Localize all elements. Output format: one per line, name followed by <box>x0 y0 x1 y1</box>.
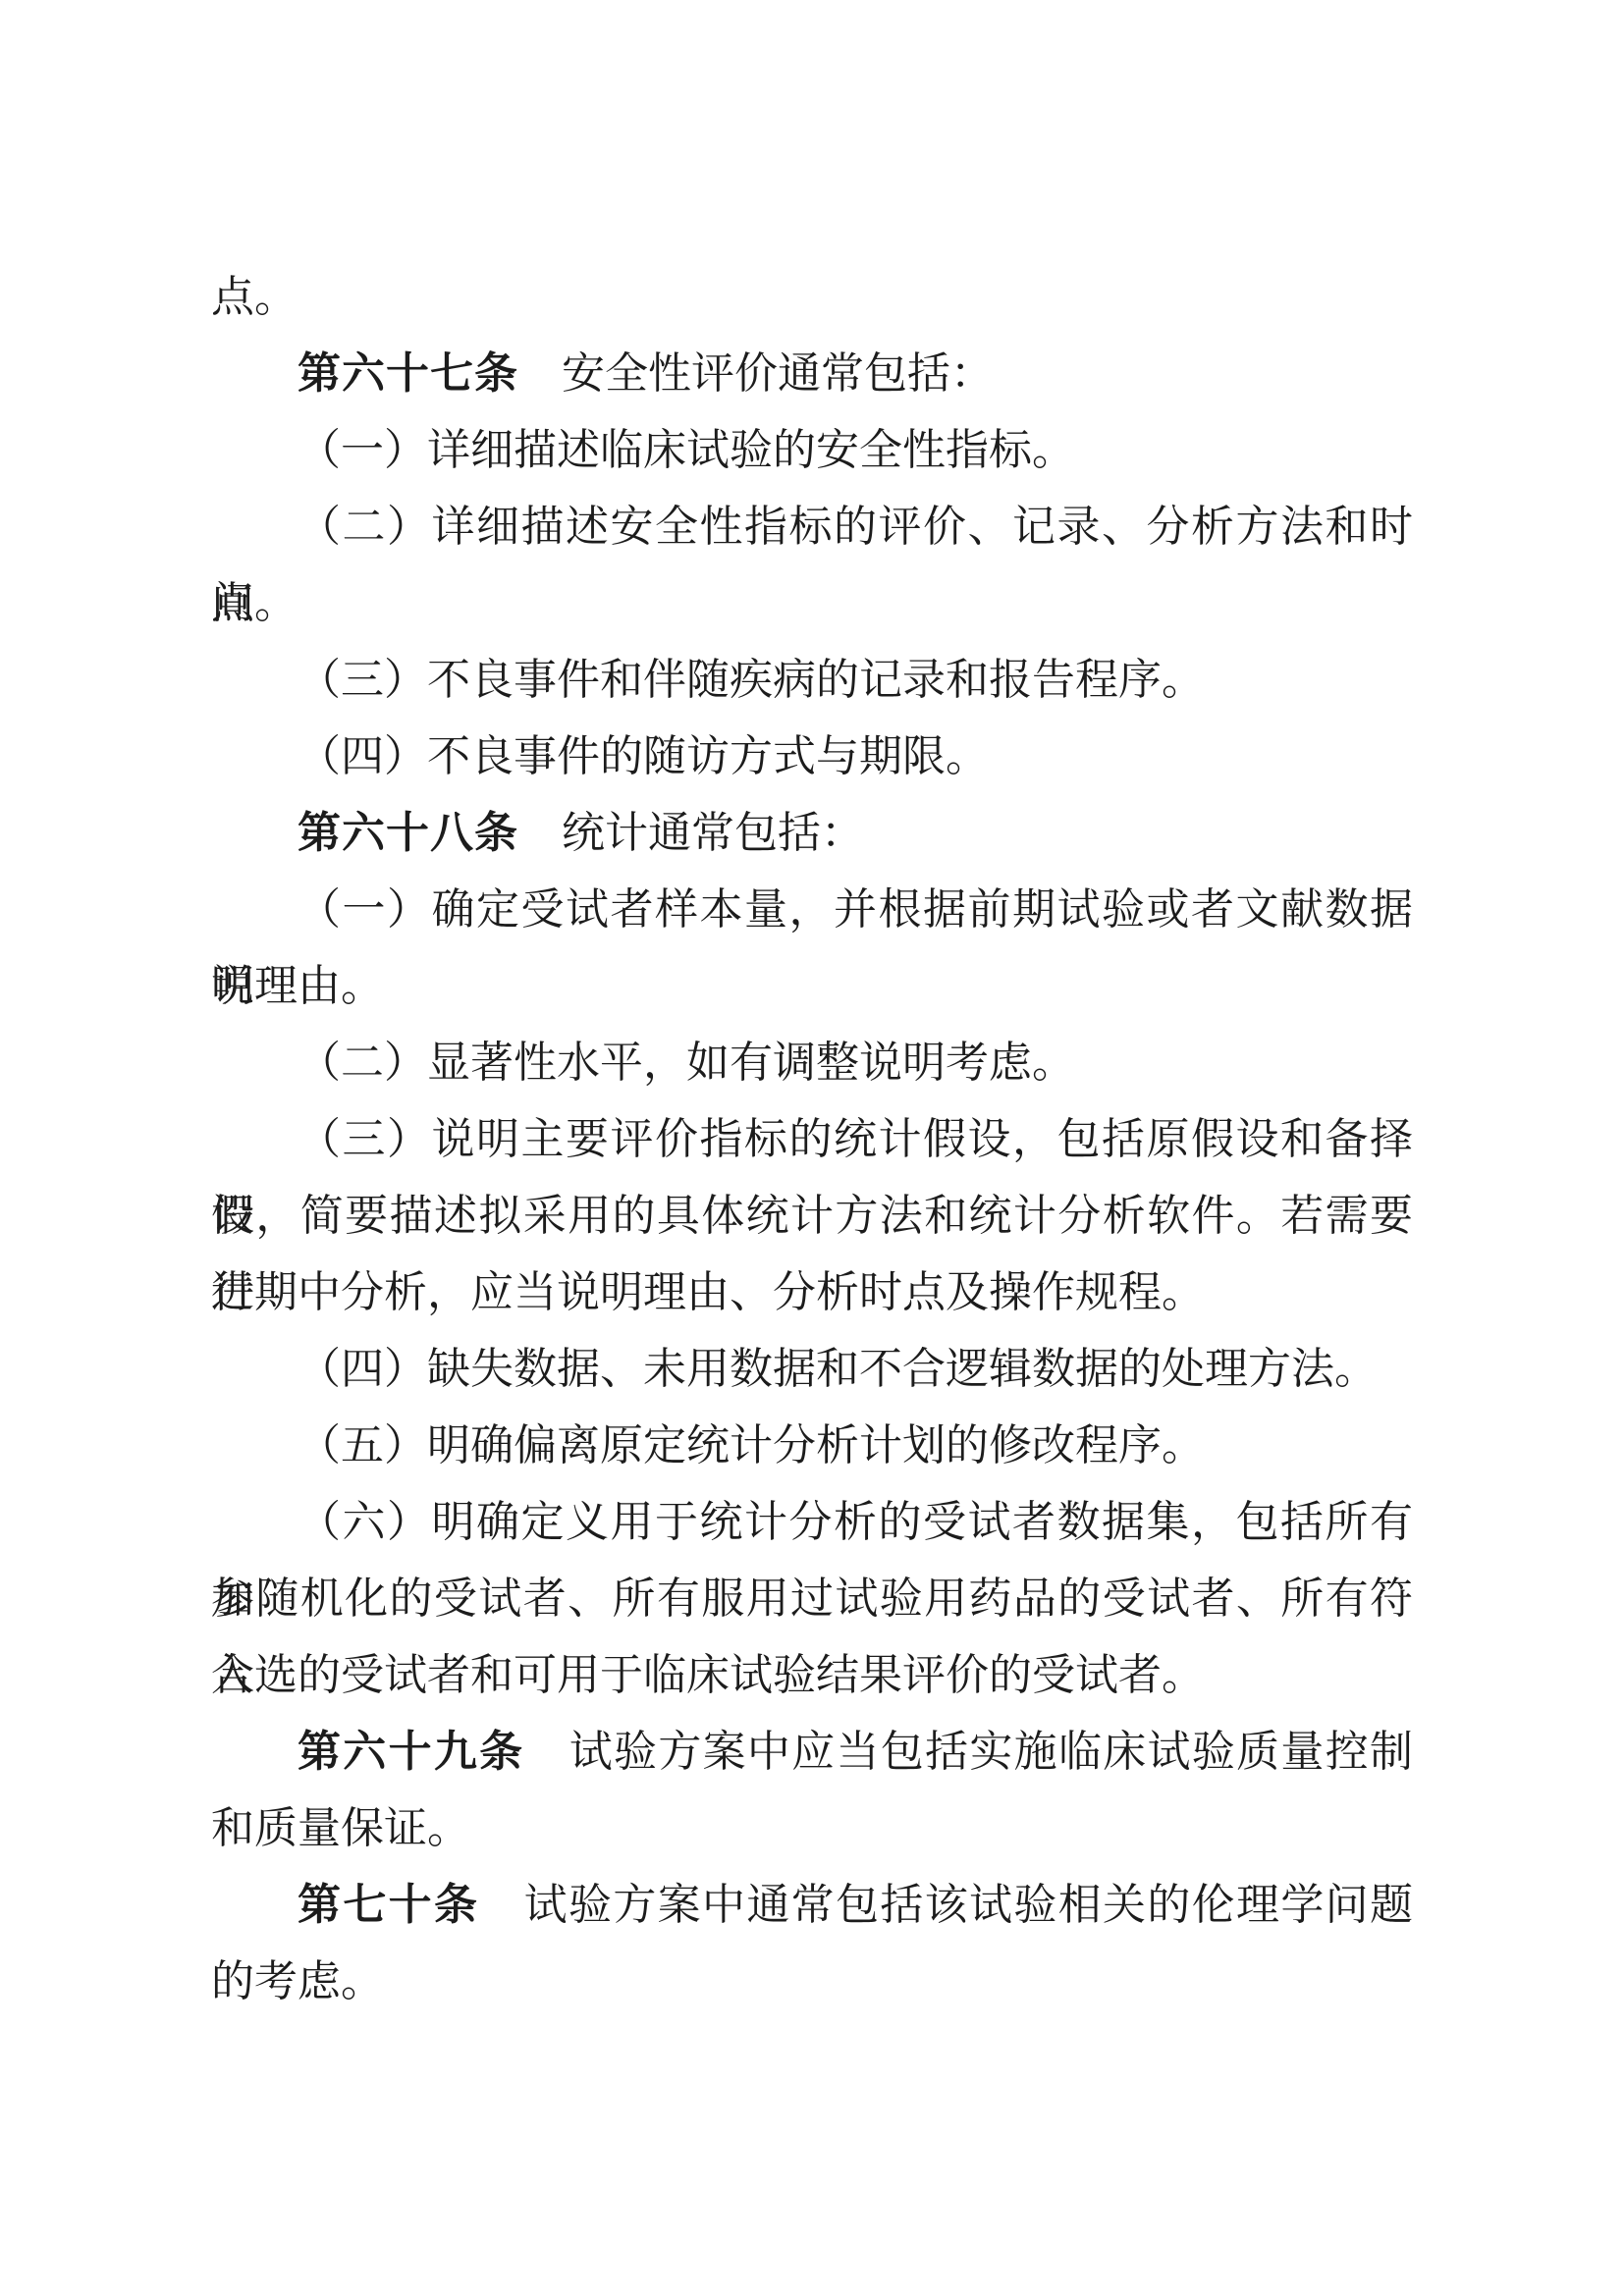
line-text: （四）缺失数据、未用数据和不合逻辑数据的处理方法。 <box>298 1345 1378 1393</box>
text-line: 加随机化的受试者、所有服用过试验用药品的受试者、所有符合 <box>211 1561 1413 1637</box>
text-line: 行期中分析，应当说明理由、分析时点及操作规程。 <box>211 1255 1413 1331</box>
line-text: （四）不良事件的随访方式与期限。 <box>298 732 989 780</box>
line-text: 安全性评价通常包括： <box>518 349 994 398</box>
article-number: 第六十九条 <box>298 1728 524 1776</box>
line-text: 点。 <box>211 273 298 321</box>
text-line: 第七十条 试验方案中通常包括该试验相关的伦理学问题 <box>211 1867 1413 1944</box>
text-line: 第六十七条 安全性评价通常包括： <box>211 336 1413 412</box>
line-text: 试验方案中应当包括实施临床试验质量控制 <box>524 1728 1413 1776</box>
line-text: 入选的受试者和可用于临床试验结果评价的受试者。 <box>211 1651 1205 1699</box>
text-line: 第六十九条 试验方案中应当包括实施临床试验质量控制 <box>211 1714 1413 1790</box>
text-line: （五）明确偏离原定统计分析计划的修改程序。 <box>211 1408 1413 1484</box>
text-line: （四）不良事件的随访方式与期限。 <box>211 719 1413 795</box>
document-body: 点。第六十七条 安全性评价通常包括：（一）详细描述临床试验的安全性指标。（二）详… <box>211 259 1413 2020</box>
line-text: 点。 <box>211 579 298 627</box>
text-line: （二）显著性水平，如有调整说明考虑。 <box>211 1025 1413 1101</box>
text-line: （一）确定受试者样本量，并根据前期试验或者文献数据说 <box>211 872 1413 948</box>
line-text: 统计通常包括： <box>518 809 864 857</box>
text-line: 和质量保证。 <box>211 1790 1413 1867</box>
text-line: 明理由。 <box>211 948 1413 1025</box>
text-line: 设，简要描述拟采用的具体统计方法和统计分析软件。若需要进 <box>211 1178 1413 1255</box>
article-number: 第六十七条 <box>298 349 518 398</box>
text-line: 入选的受试者和可用于临床试验结果评价的受试者。 <box>211 1637 1413 1714</box>
line-text: 明理由。 <box>211 962 384 1010</box>
text-line: 第六十八条 统计通常包括： <box>211 795 1413 872</box>
line-text: 试验方案中通常包括该试验相关的伦理学问题 <box>479 1881 1413 1929</box>
text-line: （四）缺失数据、未用数据和不合逻辑数据的处理方法。 <box>211 1331 1413 1408</box>
line-text: 行期中分析，应当说明理由、分析时点及操作规程。 <box>211 1268 1205 1316</box>
document-page: 点。第六十七条 安全性评价通常包括：（一）详细描述临床试验的安全性指标。（二）详… <box>0 0 1624 2296</box>
text-line: （三）说明主要评价指标的统计假设，包括原假设和备择假 <box>211 1101 1413 1178</box>
text-line: （三）不良事件和伴随疾病的记录和报告程序。 <box>211 642 1413 719</box>
text-line: （一）详细描述临床试验的安全性指标。 <box>211 412 1413 489</box>
article-number: 第七十条 <box>298 1881 479 1929</box>
line-text: （一）详细描述临床试验的安全性指标。 <box>298 426 1075 474</box>
line-text: （二）显著性水平，如有调整说明考虑。 <box>298 1039 1075 1087</box>
article-number: 第六十八条 <box>298 809 518 857</box>
text-line: 的考虑。 <box>211 1944 1413 2020</box>
line-text: 的考虑。 <box>211 1957 384 2005</box>
text-line: 点。 <box>211 565 1413 642</box>
text-line: 点。 <box>211 259 1413 336</box>
text-line: （二）详细描述安全性指标的评价、记录、分析方法和时间 <box>211 489 1413 565</box>
line-text: （五）明确偏离原定统计分析计划的修改程序。 <box>298 1421 1205 1469</box>
line-text: 和质量保证。 <box>211 1804 470 1852</box>
line-text: （三）不良事件和伴随疾病的记录和报告程序。 <box>298 656 1205 704</box>
text-line: （六）明确定义用于统计分析的受试者数据集，包括所有参 <box>211 1484 1413 1561</box>
